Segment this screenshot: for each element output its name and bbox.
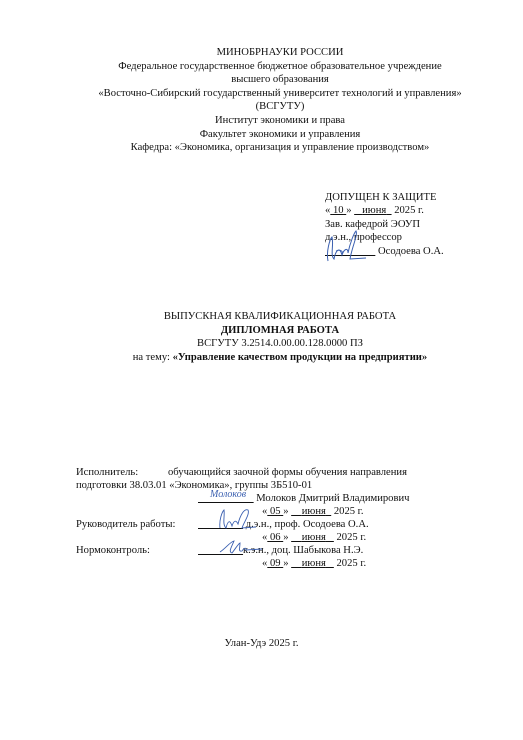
ministry: МИНОБРНАУКИ РОССИИ [70,46,490,60]
supervisor-date: « 06 » июня 2025 г. [262,531,366,544]
normcontrol-signature-icon [218,538,264,556]
topic-title: «Управление качеством продукции на предп… [173,352,428,363]
executor-year: 2025 г. [334,506,364,517]
executor-label: Исполнитель: [76,466,138,479]
approval-name: Осодоева О.А. [378,246,444,257]
approval-month: июня [362,205,386,216]
executor-desc-line1: обучающийся заочной формы обучения напра… [168,466,407,479]
supervisor-signature-icon [216,506,260,530]
executor-month: июня [302,506,326,517]
education-level: высшего образования [70,73,490,87]
institution-header: МИНОБРНАУКИ РОССИИ Федеральное государст… [70,46,490,155]
institute: Институт экономики и права [70,114,490,128]
topic-prefix: на тему: [133,352,170,363]
supervisor-name: д.э.н., проф. Осодоева О.А. [246,519,369,530]
approval-year: 2025 г. [394,205,424,216]
executor-day: 05 [270,506,281,517]
supervisor-year: 2025 г. [337,532,367,543]
university-name: «Восточно-Сибирский государственный унив… [70,87,490,101]
approval-signature-icon [322,225,370,265]
title-page: МИНОБРНАУКИ РОССИИ Федеральное государст… [0,0,523,740]
normcontrol-month: июня [302,558,326,569]
normcontrol-label: Нормоконтроль: [76,544,150,557]
faculty: Факультет экономики и управления [70,128,490,142]
supervisor-day: 06 [270,532,281,543]
normcontrol-day: 09 [270,558,281,569]
work-type: ВЫПУСКНАЯ КВАЛИФИКАЦИОННАЯ РАБОТА [70,310,490,324]
approval-date: « 10 » июня 2025 г. [325,204,444,217]
supervisor-label: Руководитель работы: [76,518,175,531]
executor-name: Молоков Дмитрий Владимирович [256,493,409,504]
institution-type: Федеральное государственное бюджетное об… [70,60,490,74]
work-topic: на тему: «Управление качеством продукции… [70,351,490,365]
city-year: Улан-Удэ 2025 г. [0,638,523,649]
university-abbr: (ВСГУТУ) [70,100,490,114]
work-code: ВСГУТУ 3.2514.0.00.00.128.0000 ПЗ [70,337,490,351]
department: Кафедра: «Экономика, организация и управ… [70,141,490,155]
normcontrol-date: « 09 » июня 2025 г. [262,557,366,570]
supervisor-month: июня [302,532,326,543]
executor-desc-line2: подготовки 38.03.01 «Экономика», группы … [76,479,312,492]
work-title-block: ВЫПУСКНАЯ КВАЛИФИКАЦИОННАЯ РАБОТА ДИПЛОМ… [70,310,490,364]
approval-title: ДОПУЩЕН К ЗАЩИТЕ [325,191,444,204]
work-subtype: ДИПЛОМНАЯ РАБОТА [70,324,490,338]
normcontrol-year: 2025 г. [337,558,367,569]
executor-date: « 05 » июня 2025 г. [262,505,363,518]
approval-day: 10 [333,205,344,216]
executor-signature-icon: Молоков [210,488,246,501]
